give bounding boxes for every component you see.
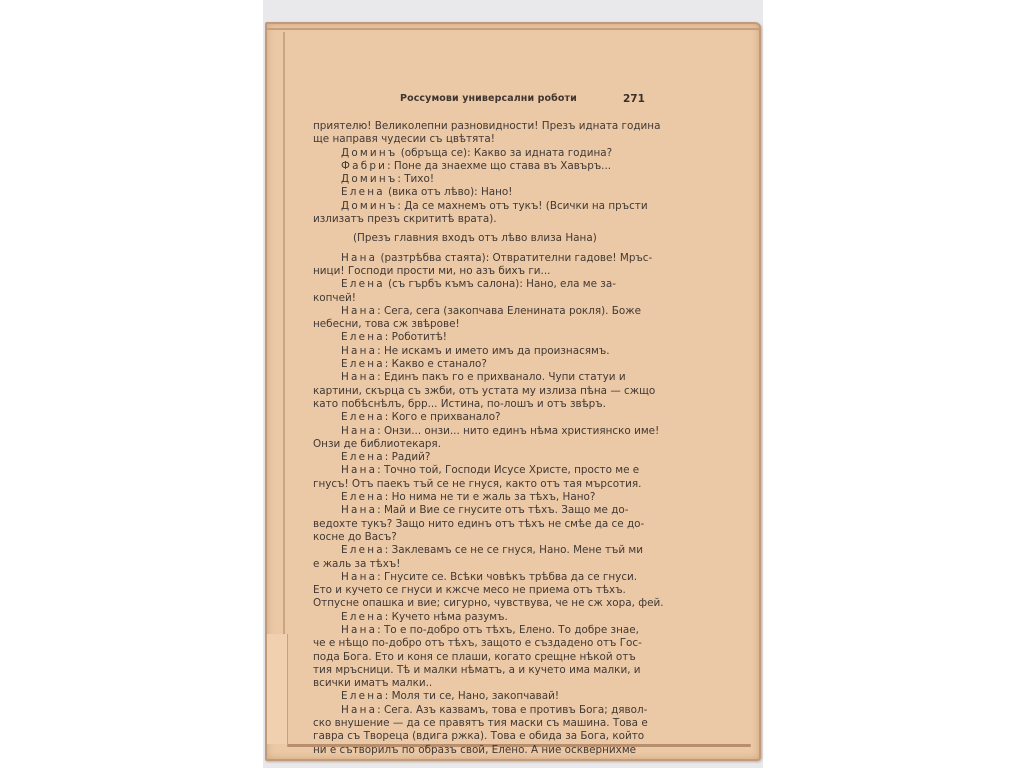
speaker-name: Нана [341, 571, 377, 583]
dialogue-line: Елена (вика отъ лѣво): Нано! [313, 186, 638, 199]
spine-fold [283, 32, 285, 729]
dialogue-text: : Сега, сега (закопчава Еленината рокля)… [377, 305, 641, 317]
dialogue-line: Нана: Не искамъ и името имъ да произнася… [313, 345, 638, 358]
speaker-name: Нана [341, 252, 377, 264]
dialogue-line: Елена: Моля ти се, Нано, закопчавай! [313, 690, 638, 703]
page-top-edge [267, 28, 759, 30]
dialogue-line: Елена: Кого е прихванало? [313, 411, 638, 424]
speaker-name: Нана [341, 305, 377, 317]
dialogue-text: (обръща се): Какво за идната година? [397, 147, 612, 159]
dialogue-text: : Заклевамъ се не се гнуся, Нано. Мене т… [385, 544, 643, 556]
inner-flap [267, 634, 288, 744]
text-line: пода Бога. Ето и коня се плаши, когато с… [313, 651, 638, 664]
dialogue-line: Нана: Гнусите се. Всѣки човѣкъ трѣбва да… [313, 571, 638, 584]
text-line: небесни, това сж звѣрове! [313, 318, 638, 331]
dialogue-text: : Поне да знаехме що става въ Хавъръ... [387, 160, 611, 172]
speaker-name: Нана [341, 624, 377, 636]
dialogue-line: Елена: Радий? [313, 451, 638, 464]
dialogue-line: Нана: Май и Вие се гнусите отъ тѣхъ. Защ… [313, 504, 638, 517]
text-line: гавра съ Твореца (вдига ржка). Това е об… [313, 730, 638, 743]
stage-direction: (Презъ главния входъ отъ лѣво влиза Нана… [313, 232, 638, 245]
dialogue-text: (вика отъ лѣво): Нано! [385, 186, 513, 198]
speaker-name: Нана [341, 371, 377, 383]
dialogue-line: Доминъ (обръща се): Какво за идната годи… [313, 147, 638, 160]
speaker-name: Доминъ [341, 200, 397, 212]
dialogue-text: : Не искамъ и името имъ да произнасямъ. [377, 345, 609, 357]
dialogue-text: : Моля ти се, Нано, закопчавай! [385, 690, 559, 702]
dialogue-text: : Гнусите се. Всѣки човѣкъ трѣбва да се … [377, 571, 637, 583]
dialogue-text: (разтрѣбва стаята): Отвратителни гадове!… [377, 252, 652, 264]
speaker-name: Елена [341, 690, 385, 702]
text-line: е жаль за тѣхъ! [313, 558, 638, 571]
text-line: Ето и кучето се гнуси и кжсче месо не пр… [313, 584, 638, 597]
speaker-name: Елена [341, 491, 385, 503]
dialogue-line: Елена: Роботитѣ! [313, 331, 638, 344]
dialogue-text: : Сега. Азъ казвамъ, това е противъ Бога… [377, 704, 647, 716]
dialogue-text: : Роботитѣ! [385, 331, 447, 343]
text-line: ници! Господи прости ми, но азъ бихъ ги.… [313, 265, 638, 278]
dialogue-line: Нана (разтрѣбва стаята): Отвратителни га… [313, 252, 638, 265]
dialogue-text: : Радий? [385, 451, 431, 463]
dialogue-text: : Единъ пакъ го е прихванало. Чупи стату… [377, 371, 625, 383]
dialogue-line: Доминъ: Тихо! [313, 173, 638, 186]
speaker-name: Елена [341, 358, 385, 370]
dialogue-line: Нана: Сега. Азъ казвамъ, това е противъ … [313, 704, 638, 717]
dialogue-line: Нана: То е по-добро отъ тѣхъ, Елено. То … [313, 624, 638, 637]
speaker-name: Нана [341, 504, 377, 516]
book-page: Россумови универсални роботи 271 приятел… [265, 22, 761, 761]
text-line: косне до Васъ? [313, 531, 638, 544]
dialogue-text: : Май и Вие се гнусите отъ тѣхъ. Защо ме… [377, 504, 628, 516]
dialogue-line: Нана: Онзи... онзи... нито единъ нѣма хр… [313, 425, 638, 438]
text-line: картини, скърца съ зжби, отъ устата му и… [313, 385, 638, 398]
text-line: ще направя чудесии съ цвѣтята! [313, 133, 638, 146]
speaker-name: Нана [341, 704, 377, 716]
dialogue-line: Елена: Но нима не ти е жаль за тѣхъ, Нан… [313, 491, 638, 504]
speaker-name: Фабри [341, 160, 387, 172]
text-line: като побѣснѣлъ, брр... Истина, по-лошъ и… [313, 398, 638, 411]
dialogue-text: : Онзи... онзи... нито единъ нѣма христи… [377, 425, 659, 437]
dialogue-line: Нана: Точно той, Господи Исусе Христе, п… [313, 464, 638, 477]
speaker-name: Елена [341, 186, 385, 198]
dialogue-line: Нана: Сега, сега (закопчава Еленината ро… [313, 305, 638, 318]
text-line: Онзи де библиотекаря. [313, 438, 638, 451]
text-line: Отпусне опашка и вие; сигурно, чувствува… [313, 597, 638, 610]
dialogue-line: Елена: Какво е станало? [313, 358, 638, 371]
speaker-name: Доминъ [341, 147, 397, 159]
dialogue-text: : Точно той, Господи Исусе Христе, прост… [377, 464, 639, 476]
text-line: ни е сътворилъ по образъ свой, Елено. А … [313, 744, 638, 757]
dialogue-text: : Кучето нѣма разумъ. [385, 611, 508, 623]
dialogue-text: (съ гърбъ къмъ салона): Нано, ела ме за- [385, 278, 616, 290]
text-line: гнусъ! Отъ паекъ тъй се не гнуся, както … [313, 478, 638, 491]
body-text: приятелю! Великолепни разновидности! Пре… [313, 120, 638, 757]
text-line: че е нѣщо по-добро отъ тѣхъ, защото е съ… [313, 637, 638, 650]
text-line: ведохте тукъ? Защо нито единъ отъ тѣхъ н… [313, 518, 638, 531]
dialogue-line: Доминъ: Да се махнемъ отъ тукъ! (Всички … [313, 200, 638, 213]
text-line: всички иматъ малки.. [313, 677, 638, 690]
speaker-name: Елена [341, 331, 385, 343]
dialogue-text: : Да се махнемъ отъ тукъ! (Всички на пръ… [397, 200, 647, 212]
dialogue-line: Елена: Заклевамъ се не се гнуся, Нано. М… [313, 544, 638, 557]
dialogue-text: : Какво е станало? [385, 358, 487, 370]
text-line: излизатъ презъ скрититѣ врата). [313, 213, 638, 226]
speaker-name: Нана [341, 425, 377, 437]
dialogue-line: Елена (съ гърбъ къмъ салона): Нано, ела … [313, 278, 638, 291]
text-line: копчей! [313, 292, 638, 305]
text-line: ско внушение — да се правятъ тия маски с… [313, 717, 638, 730]
speaker-name: Елена [341, 411, 385, 423]
dialogue-text: : То е по-добро отъ тѣхъ, Елено. То добр… [377, 624, 639, 636]
dialogue-text: : Тихо! [397, 173, 434, 185]
speaker-name: Нана [341, 345, 377, 357]
speaker-name: Елена [341, 544, 385, 556]
running-head: Россумови универсални роботи [400, 93, 577, 104]
speaker-name: Елена [341, 278, 385, 290]
speaker-name: Елена [341, 451, 385, 463]
dialogue-line: Нана: Единъ пакъ го е прихванало. Чупи с… [313, 371, 638, 384]
dialogue-line: Фабри: Поне да знаехме що става въ Хавър… [313, 160, 638, 173]
dialogue-text: : Кого е прихванало? [385, 411, 501, 423]
dialogue-text: : Но нима не ти е жаль за тѣхъ, Нано? [385, 491, 596, 503]
text-line: тия мръсници. Тѣ и малки нѣматъ, а и куч… [313, 664, 638, 677]
page-number: 271 [623, 93, 645, 105]
speaker-name: Нана [341, 464, 377, 476]
speaker-name: Доминъ [341, 173, 397, 185]
speaker-name: Елена [341, 611, 385, 623]
dialogue-line: Елена: Кучето нѣма разумъ. [313, 611, 638, 624]
text-line: приятелю! Великолепни разновидности! Пре… [313, 120, 638, 133]
